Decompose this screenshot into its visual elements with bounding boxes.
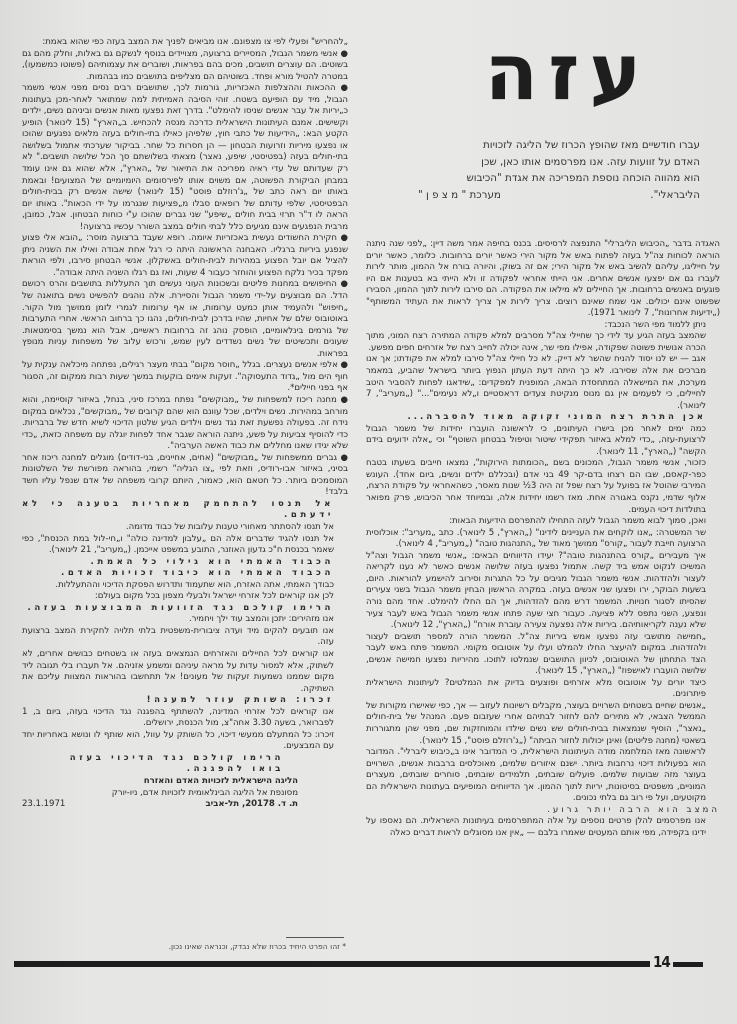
paragraph: ואכן, סמוך לבוא משמר הגבול לעזה התחילו ל… [366,516,720,528]
paragraph: איך מעבירים „קורס בהתנהגות טובה"? יעידו … [366,551,720,632]
bottom-rule [14,961,650,967]
footnote-separator [286,937,344,938]
paragraph: ● אנשי משמר הגבול, המסיירים ברצועה, מצוי… [22,49,348,84]
raise-voice: הרימו קולכם נגד הזוועות המבוצעות בעזה. [22,603,348,615]
paragraph: ● אלפי אנשים נעצרים. בגלל „חוסר מקום" בב… [22,360,348,395]
paragraph: כיצד יורים על אוטובוס מלא אזרחים ופוצעים… [366,678,720,701]
appeal-intro: לכן אנו קוראים לכל אזרחי ישראל ולבעלי מצ… [22,591,348,603]
bottom-rule-right [673,962,703,967]
org-affiliation: מסונפת אל הליגה הבינלאומית לזכויות אדם, … [22,788,348,800]
paragraph: האגדה בדבר „הכיבוש הליברלי" התנפצה לרסיס… [366,239,720,320]
soldiers-appeal: אנו קוראים לכל החיילים והאזרחים הנמצאים … [22,649,348,695]
intro-box: עברו חודשיים מאז שהופץ הכרוז של הליגה לז… [378,137,700,204]
paragraph: ניתן ללמוד מפי השר הנכבד: [366,320,720,332]
paragraph: ● החיפושים במחנות פליטים ובשכונות העוני … [22,279,348,360]
paragraph: ● חקירת החשודים נעשית באכזריות איומה. רו… [22,233,348,279]
paragraph: אכן התרת רצח המוני זקוקה מאוד להסברה... [366,412,720,424]
paragraph: שהמצב בעזה הגיע עד לידי כך שחיילי צה"ל מ… [366,331,720,354]
warning: אנו מזהירים: יתכן והמצב עוד ילך ויחמיר. [22,614,348,626]
paragraph: ● מחנה ריכוז למשפחות של „מבוקשים" נפתח ב… [22,395,348,453]
paragraph: „להחריש" ופעלי לפי צו מצפונם. אנו מביאים… [22,37,348,49]
paragraph: ● ההכאות וההצלפות האכזריות, גורמות לכך, … [22,83,348,233]
intro-line: הליבראלי". [650,187,700,204]
remember-line: זיכרו: כל המתעלם ממעשי דיכוי, כל השותק ע… [22,730,348,753]
headline: עזה [440,40,696,106]
paragraph: „חמישה מתושבי עזה נפצעו אמש ביריות צה"ל.… [366,632,720,678]
paragraph: לראשונה מאז המלחמה מודה העיתונות הישראלי… [366,747,720,805]
org-address: ת. ד. 20178, תל-אביב [205,799,298,811]
paragraph: „אנשים שחיים בשטחים השרויים בעוצר, מקבלי… [366,701,720,747]
paragraph: אנו מפרסמים להלן פרטים נוספים על אלה המת… [366,816,720,839]
paragraph: אגב — יש לנו יסוד להניח שהשר לא דייק. לא… [366,354,720,412]
call-do-not-evade: אל תנסו להתחמק מאחריות בטענה כי לא ידעתם… [22,499,348,522]
honor-line: הכבוד האמתי הוא כיבוד זכויות האדם. [22,568,348,580]
final-call: בואו להפגנה. [22,764,348,776]
call-line: אל תנסו להסתתר מאחורי טענות עלובות של כב… [22,522,348,534]
paragraph: שר המשטרה: „אנו לוקחים את העניינים לידינ… [366,528,720,551]
final-call: הרימו קולכם נגד הדיכוי בעזה [22,753,348,765]
intro-line: האדם על זוועות עזה. אנו מפרסמים אותו כאן… [378,154,700,171]
footnote: * זהו הפרט היחיד בכרוז שלא נבדק, וכנראה … [66,942,346,951]
intro-line: עברו חודשיים מאז שהופץ הכרוז של הליגה לז… [378,137,700,154]
magazine-page: עזה עברו חודשיים מאז שהופץ הכרוז של הליג… [0,0,737,1024]
editorial-signature: מערכת " מ צ פ ן " [418,187,501,204]
right-column: האגדה בדבר „הכיבוש הליברלי" התנפצה לרסיס… [366,239,720,839]
call-line: אל תנסו להגיד שדברים אלה הם „עלבון למדינ… [22,534,348,557]
demand: אנו תובעים להקים מיד ועדה ציבורית-משפטית… [22,626,348,649]
intro-line: הוא מהווה הוכחה נוספת המפריכה את אגדת "ה… [378,170,700,187]
org-name: הליגה הישראלית לזכויות האדם והאזרח [22,776,348,788]
left-column: „להחריש" ופעלי לפי צו מצפונם. אנו מביאים… [22,37,348,811]
paragraph: כמה ימים לאחר מכן בישרו העיתונים, כי לרא… [366,424,720,459]
paragraph: כזכור, אנשי משמר הגבול, המכונים בשם „הכו… [366,458,720,516]
emphasis-line: המצב הוא הרבה יותר גרוע. [366,805,720,817]
demonstration-call: אנו קוראים לכל אזרחי המדינה, להשתתף בהפג… [22,707,348,730]
honor-line: כבודך האמתי, אתה האזרח, הוא שתעמוד ותדרו… [22,580,348,592]
leaflet-date: 23.1.1971 [22,799,65,811]
honor-line: הכבוד האמתי הוא גילוי כל האמת. [22,557,348,569]
remember-line: זכרו: השותק עוזר למענה! [22,695,348,707]
page-number: 14 [653,953,670,971]
paragraph: ● גברים ממשפחות של „מבוקשים" (אחים, אחיי… [22,453,348,499]
